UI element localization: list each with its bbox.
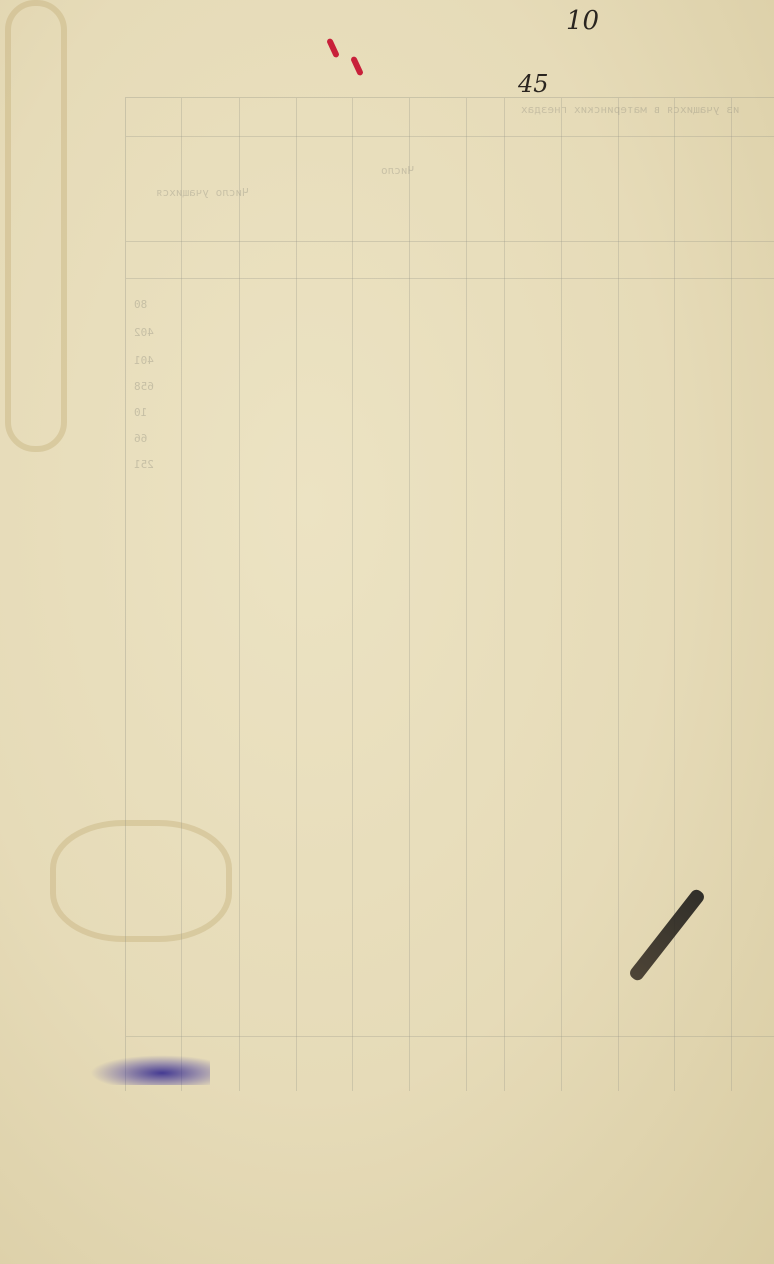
ghost-cell: 80 xyxy=(134,298,147,311)
ghost-cell: 66 xyxy=(134,432,147,445)
red-mark xyxy=(350,56,364,77)
ghost-cell: 251 xyxy=(134,458,154,471)
ghost-cell: 401 xyxy=(134,354,154,367)
header-ghost: Число xyxy=(381,164,414,177)
pencil-annotation-number: 45 xyxy=(518,70,549,98)
ghost-cell: 402 xyxy=(134,326,154,339)
blue-ink-smudge xyxy=(90,1055,210,1085)
ghost-cell: 658 xyxy=(134,380,154,393)
red-mark xyxy=(326,38,340,59)
water-stain-left xyxy=(5,0,67,452)
header-ghost: Число учащихся xyxy=(156,186,249,199)
header-ghost: из учащихся в материнских гнездах xyxy=(521,103,740,116)
ghost-cell: 10 xyxy=(134,406,147,419)
ghost-table: Число учащихся Число из учащихся в матер… xyxy=(125,97,774,1091)
pencil-annotation-top: 10 xyxy=(566,6,599,36)
